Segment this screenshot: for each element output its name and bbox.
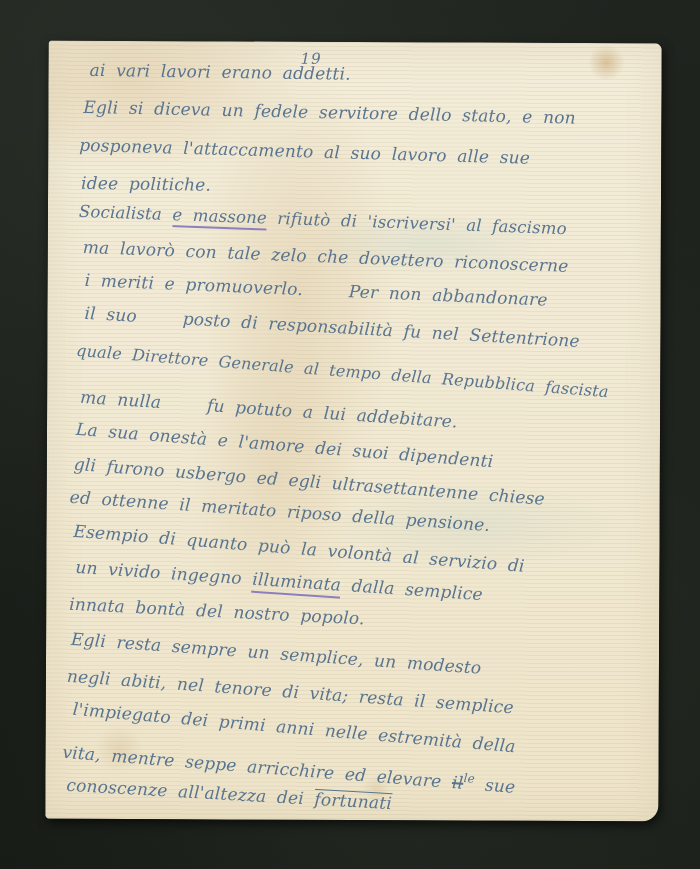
manuscript-words: Socialista [79,202,173,224]
manuscript-text: ai vari lavori erano addetti.Egli si dic… [49,41,662,44]
manuscript-words: sue [474,775,516,798]
manuscript-word-strike: il [451,773,464,794]
manuscript-words: ma nulla [79,388,161,413]
manuscript-word-gap-before: Per non abbandonare [348,282,548,310]
manuscript-word-underline-violet: e massone [172,205,267,230]
manuscript-words: posponeva l'attaccamento al suo lavoro a… [79,136,530,169]
manuscript-line: ma lavorò con tale zelo che dovettero ri… [82,238,568,277]
manuscript-words: rifiutò di 'iscriversi' al fascismo [267,209,568,239]
manuscript-line: ai vari lavori erano addetti. [89,61,351,85]
manuscript-word-underline-violet: illuminata [251,570,341,599]
manuscript-line: i meriti e promuoverlo.Per non abbandona… [84,271,548,311]
manuscript-words: innata bontà del nostro popolo. [69,595,365,630]
manuscript-line: innata bontà del nostro popolo. [69,595,365,630]
manuscript-line: idee politiche. [81,174,211,196]
manuscript-words: idee politiche. [81,174,211,196]
manuscript-words: il suo [84,304,137,327]
manuscript-line: Egli si diceva un fedele servitore dello… [83,98,576,129]
manuscript-words: un vivido ingegno [75,558,253,590]
manuscript-words: ai vari lavori erano addetti. [89,61,351,85]
manuscript-word-gap-before: posto di responsabilità fu nel Settentri… [182,309,580,352]
photo-background: 19 ai vari lavori erano addetti.Egli si … [0,0,700,869]
manuscript-page: 19 ai vari lavori erano addetti.Egli si … [45,41,661,822]
manuscript-words: i meriti e promuoverlo. [84,271,303,300]
manuscript-words: conoscenze all'altezza dei [66,776,315,810]
manuscript-words: Egli si diceva un fedele servitore dello… [83,98,576,129]
manuscript-words: dalla semplice [340,576,483,605]
manuscript-line: Socialista e massone rifiutò di 'iscrive… [79,202,568,238]
manuscript-word-overline: fortunati [314,790,393,814]
manuscript-words: ma lavorò con tale zelo che dovettero ri… [82,238,568,277]
manuscript-word-gap-before: fu potuto a lui addebitare. [206,396,458,432]
manuscript-line: posponeva l'attaccamento al suo lavoro a… [79,136,530,169]
manuscript-line: il suoposto di responsabilità fu nel Set… [84,304,580,352]
